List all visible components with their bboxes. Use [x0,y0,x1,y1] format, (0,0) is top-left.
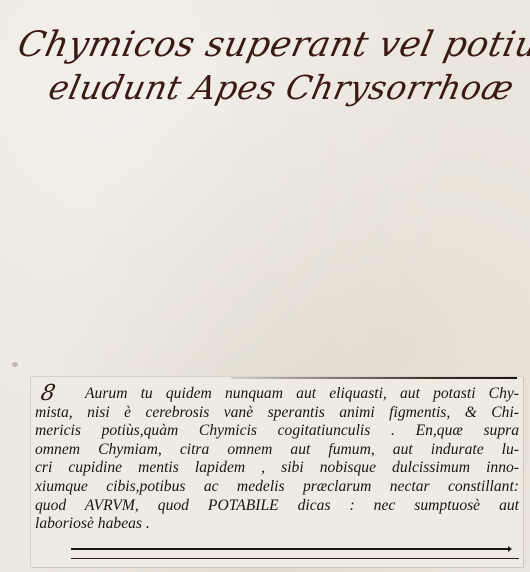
printed-slip: 8 Aurum tu quidem nunquam aut eliquasti,… [30,376,523,567]
top-rule [231,377,517,379]
handwritten-inscription: Chymicos superant vel potius eludunt Ape… [2,28,518,104]
printed-line: laboriosè habeas . [35,515,519,534]
printed-line: cri cupidine mentis lapidem , sibi nobis… [35,459,519,478]
printed-paragraph: Aurum tu quidem nunquam aut eliquasti, a… [35,385,519,534]
printed-line: Aurum tu quidem nunquam aut eliquasti, a… [35,385,519,404]
printed-line: mista, nisi è cerebrosis vanè sperantis … [35,404,519,423]
paper-stain [12,362,18,367]
book-page: Chymicos superant vel potius eludunt Ape… [0,0,530,572]
printed-line: mericis potiùs,quàm Chymicis cogitatiunc… [35,422,519,441]
inscription-line-2: eludunt Apes Chrysorrhoæ [46,71,509,104]
bottom-rule-thin [71,558,519,559]
inscription-line-1: Chymicos superant vel potius [15,28,518,63]
bottom-rule-thick [71,548,509,550]
printed-line: xiumque cibis,potibus ac medelis præclar… [35,478,519,497]
printed-line: omnem Chymiam, citra omnem aut fumum, au… [35,441,519,460]
printed-line: quod AVRVM, quod POTABILE dicas : nec su… [35,497,519,516]
